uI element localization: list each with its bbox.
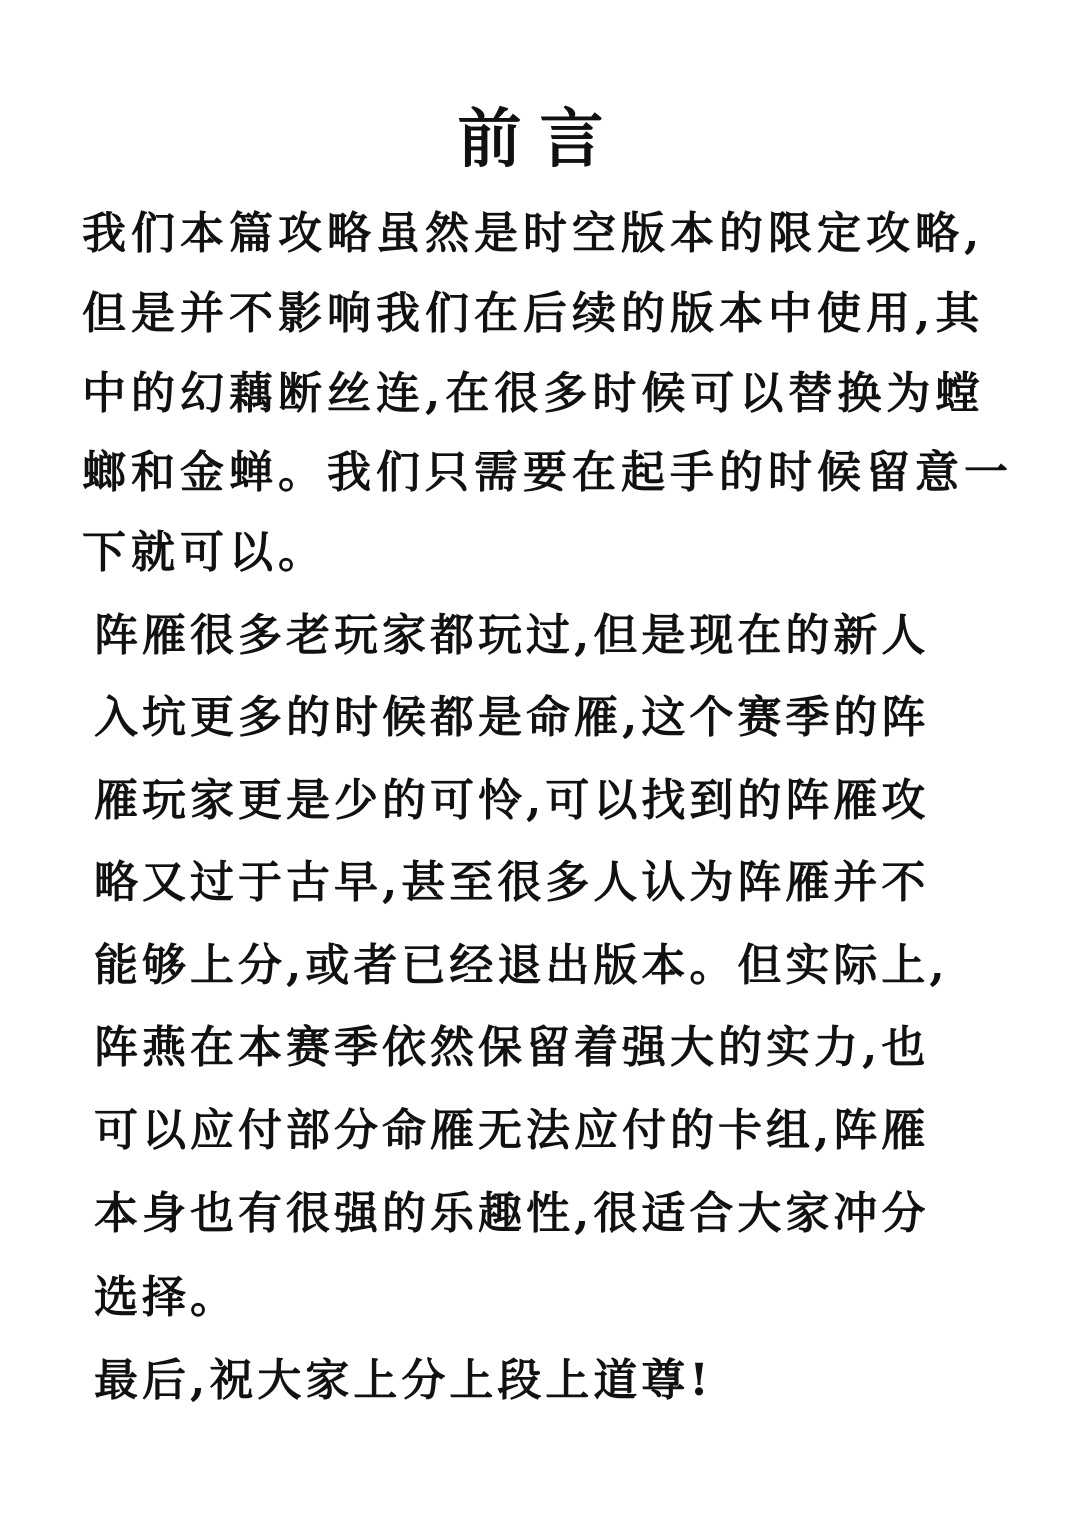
page-title: 前言 [0, 88, 1079, 180]
text-line: 雁玩家更是少的可怜,可以找到的阵雁攻 [94, 779, 929, 823]
text-line: 本身也有很强的乐趣性,很适合大家冲分 [94, 1192, 929, 1236]
text-line: 入坑更多的时候都是命雁,这个赛季的阵 [94, 696, 929, 740]
text-line: 螂和金蝉。我们只需要在起手的时候留意一 [82, 451, 1013, 495]
text-line: 阵雁很多老玩家都玩过,但是现在的新人 [94, 614, 929, 658]
text-line: 我们本篇攻略虽然是时空版本的限定攻略, [82, 212, 984, 256]
text-line: 但是并不影响我们在后续的版本中使用,其 [82, 292, 984, 336]
text-line: 略又过于古早,甚至很多人认为阵雁并不 [94, 861, 929, 905]
text-line: 阵燕在本赛季依然保留着强大的实力,也 [94, 1026, 929, 1070]
text-line: 下就可以。 [82, 531, 327, 575]
text-line: 可以应付部分命雁无法应付的卡组,阵雁 [94, 1109, 929, 1153]
text-line: 中的幻藕断丝连,在很多时候可以替换为螳 [82, 372, 984, 416]
text-line: 最后,祝大家上分上段上道尊! [94, 1359, 713, 1403]
text-line: 能够上分,或者已经退出版本。但实际上, [94, 944, 949, 988]
text-line: 选择。 [94, 1276, 238, 1320]
